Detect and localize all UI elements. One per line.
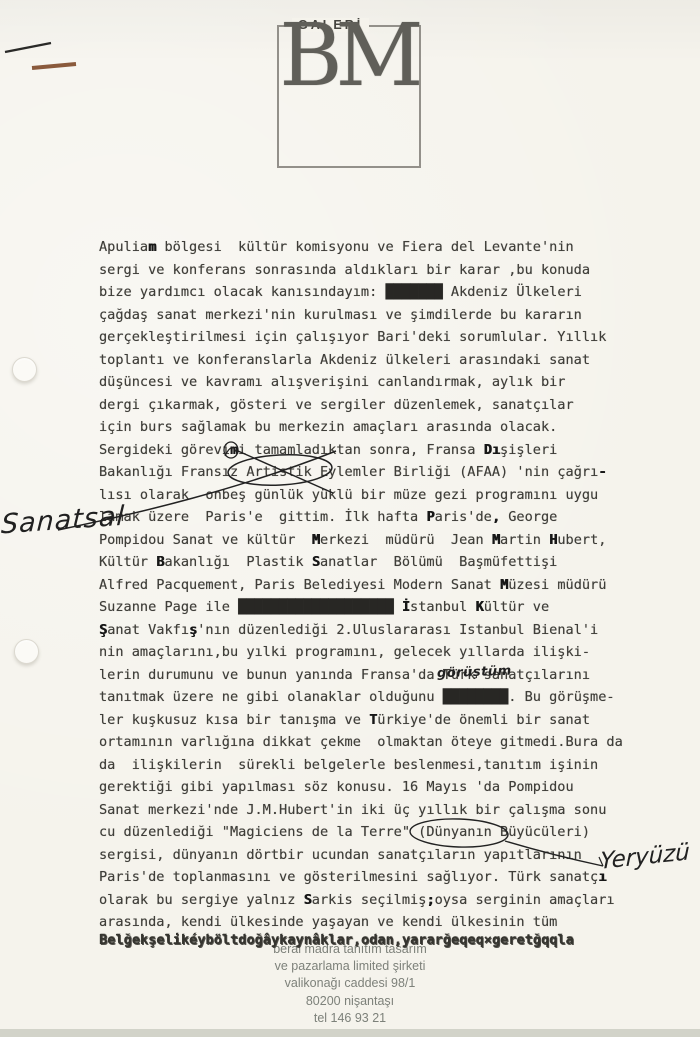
typed-line: Şanat Vakfış'nın düzenlediği 2.Uluslarar…: [99, 619, 623, 642]
typed-text: lerin durumunu ve bunun yanında Fransa'd…: [99, 667, 590, 683]
typed-text: bölgesi kültür komisyonu ve Fiera del Le…: [156, 239, 573, 255]
typed-line: sergi ve konferans sonrasında aldıkları …: [99, 259, 623, 282]
typed-text: George: [500, 509, 557, 525]
typed-line: Pompidou Sanat ve kültür Merkezi müdürü …: [99, 529, 623, 552]
typed-text: Suzanne Page ile: [99, 599, 238, 615]
typed-line: Apuliam bölgesi kültür komisyonu ve Fier…: [99, 236, 623, 259]
typed-text: Bakanlığı Fransız: [99, 464, 246, 480]
overstruck-text: M: [500, 577, 508, 593]
typed-text: artin: [500, 532, 549, 548]
typed-text: düşüncesi ve kavramı alışverişini canlan…: [99, 374, 566, 390]
typed-line: lerin durumunu ve bunun yanında Fransa'd…: [99, 664, 623, 687]
struck-out-text: ███████████████████: [238, 599, 394, 615]
typed-text: anatlar Bölümü Başmüfettişi: [320, 554, 557, 570]
overtyped-line: Belğekşelikéyböltdoğâykaynâklar,odan,yar…: [99, 932, 574, 948]
typed-text: [394, 599, 402, 615]
typed-text: ürkiye'de önemli bir sanat: [377, 712, 590, 728]
typed-text: lamak üzere Paris'e gittim. İlk hafta: [99, 509, 426, 525]
typed-text: Kültür: [99, 554, 156, 570]
typed-line: Kültür Bakanlığı Plastik Sanatlar Bölümü…: [99, 551, 623, 574]
overstruck-text: K: [476, 599, 484, 615]
typed-text: üzesi müdürü: [508, 577, 606, 593]
typed-text: Sergideki görevi: [99, 442, 230, 458]
typed-text: i tamamladıktan sonra, Fransa: [238, 442, 484, 458]
typed-text: ortamının varlığına dikkat çekme olmakta…: [99, 734, 623, 750]
overstruck-text: Ş: [99, 622, 107, 638]
footer-line: 80200 nişantaşı: [0, 993, 700, 1010]
punch-hole: [14, 639, 39, 664]
typed-line: gerçekleştirilmesi için çalışıyor Bari'd…: [99, 326, 623, 349]
typed-line: nin amaçlarını,bu yılki programını, gele…: [99, 641, 623, 664]
typed-line: için burs sağlamak bu merkezin amaçları …: [99, 416, 623, 439]
typed-text: akanlığı Plastik: [164, 554, 311, 570]
struck-out-text: ███████: [385, 284, 442, 300]
typed-text: için burs sağlamak bu merkezin amaçları …: [99, 419, 557, 435]
typed-line: lısı olarak onbeş günlük yüklü bir müze …: [99, 484, 623, 507]
typed-line: çağdaş sanat merkezi'nin kurulması ve şi…: [99, 304, 623, 327]
typed-text: Alfred Pacquement, Paris Belediyesi Mode…: [99, 577, 500, 593]
typed-line: olarak bu sergiye yalnız Sarkis seçilmiş…: [99, 889, 623, 912]
typed-line: dergi çıkarmak, gösteri ve sergiler düze…: [99, 394, 623, 417]
overstruck-text: M: [492, 532, 500, 548]
typed-text: oysa serginin amaçları: [435, 892, 615, 908]
typed-line: sergisi, dünyanın dörtbir ucundan sanatç…: [99, 844, 623, 867]
typed-text: dergi çıkarmak, gösteri ve sergiler düze…: [99, 397, 574, 413]
typed-text: aris'de: [435, 509, 492, 525]
typed-text: erkezi müdürü Jean: [320, 532, 492, 548]
typed-text: Artistik: [246, 464, 311, 480]
typed-text: bize yardımcı olacak kanısındayım:: [99, 284, 385, 300]
typed-text: Eylemler Birliği (AFAA) 'nin çağrı: [312, 464, 598, 480]
logo-monogram: BM: [279, 11, 417, 101]
typed-line: Suzanne Page ile ███████████████████ İst…: [99, 596, 623, 619]
typed-line: toplantı ve konferanslarla Akdeniz ülkel…: [99, 349, 623, 372]
typed-text: Akdeniz Ülkeleri: [443, 284, 582, 300]
typed-line: da ilişkilerin sürekli belgelerle beslen…: [99, 754, 623, 777]
rust-mark: [32, 64, 76, 68]
scan-bottom-edge: [0, 1029, 700, 1037]
typed-text: gerçekleştirilmesi için çalışıyor Bari'd…: [99, 329, 606, 345]
typed-line: Bakanlığı Fransız Artistik Eylemler Birl…: [99, 461, 623, 484]
footer-line: ve pazarlama limited şirketi: [0, 958, 700, 975]
overstruck-text: m: [230, 442, 238, 458]
typed-line: gerektiği gibi yapılması söz konusu. 16 …: [99, 776, 623, 799]
typed-text: ubert,: [557, 532, 606, 548]
overstruck-text: ,: [492, 509, 500, 525]
overstruck-text: S: [304, 892, 312, 908]
typed-line: bize yardımcı olacak kanısındayım: █████…: [99, 281, 623, 304]
typed-text: sergisi, dünyanın dörtbir ucundan sanatç…: [99, 847, 582, 863]
punch-hole: [12, 357, 37, 382]
overstruck-text: P: [426, 509, 434, 525]
typed-line: tanıtmak üzere ne gibi olanaklar olduğun…: [99, 686, 623, 709]
typed-text: ültür ve: [484, 599, 549, 615]
handwritten-correction-gorustum: görüştüm: [437, 664, 512, 682]
typed-text: sergi ve konferans sonrasında aldıkları …: [99, 262, 590, 278]
typed-line: Paris'de toplanmasını ve gösterilmesini …: [99, 866, 623, 889]
typed-line: düşüncesi ve kavramı alışverişini canlan…: [99, 371, 623, 394]
typed-text: cu düzenlediği "Magiciens de la Terre" (…: [99, 824, 590, 840]
scanned-letter-page: GALERİ BM Apuliam bölgesi kültür komisyo…: [0, 0, 700, 1037]
footer-letterhead: beral madra tanıtım tasarımve pazarlama …: [0, 941, 700, 1027]
typed-line: ler kuşkusuz kısa bir tanışma ve Türkiye…: [99, 709, 623, 732]
typed-line: ortamının varlığına dikkat çekme olmakta…: [99, 731, 623, 754]
typed-text: arasında, kendi ülkesinde yaşayan ve ken…: [99, 914, 557, 930]
typed-text: stanbul: [410, 599, 475, 615]
typed-text: olarak bu sergiye yalnız: [99, 892, 304, 908]
typed-text: Paris'de toplanmasını ve gösterilmesini …: [99, 869, 598, 885]
typed-text: lısı olarak onbeş günlük yüklü bir müze …: [99, 487, 598, 503]
typed-text: çağdaş sanat merkezi'nin kurulması ve şi…: [99, 307, 582, 323]
struck-out-text: ████████: [443, 689, 508, 705]
overstruck-text: M: [312, 532, 320, 548]
typed-text: ler kuşkusuz kısa bir tanışma ve: [99, 712, 369, 728]
typed-text: da ilişkilerin sürekli belgelerle beslen…: [99, 757, 598, 773]
footer-line: valikonağı caddesi 98/1: [0, 975, 700, 992]
typed-text: Sanat merkezi'nde J.M.Hubert'in iki üç y…: [99, 802, 606, 818]
typed-text: nin amaçlarını,bu yılki programını, gele…: [99, 644, 590, 660]
typed-text: 'nın düzenlediği 2.Uluslararası Istanbul…: [197, 622, 598, 638]
typed-line: lamak üzere Paris'e gittim. İlk hafta Pa…: [99, 506, 623, 529]
typed-line: Sergideki görevimi tamamladıktan sonra, …: [99, 439, 623, 462]
overstruck-text: ;: [426, 892, 434, 908]
footer-line: tel 146 93 21: [0, 1010, 700, 1027]
logo-box: GALERİ BM: [277, 25, 421, 168]
typed-line: cu düzenlediği "Magiciens de la Terre" (…: [99, 821, 623, 844]
overstruck-text: İ: [402, 599, 410, 615]
pen-mark: [5, 43, 51, 52]
typed-text: . Bu görüşme-: [508, 689, 614, 705]
typed-text: toplantı ve konferanslarla Akdeniz ülkel…: [99, 352, 590, 368]
typed-line: Alfred Pacquement, Paris Belediyesi Mode…: [99, 574, 623, 597]
typed-text: Apulia: [99, 239, 148, 255]
typewritten-body: Apuliam bölgesi kültür komisyonu ve Fier…: [99, 236, 623, 934]
typed-text: şişleri: [500, 442, 557, 458]
typed-line: Sanat merkezi'nde J.M.Hubert'in iki üç y…: [99, 799, 623, 822]
typed-text: tanıtmak üzere ne gibi olanaklar olduğun…: [99, 689, 443, 705]
overstruck-text: S: [312, 554, 320, 570]
overstruck-text: Dı: [484, 442, 500, 458]
typed-text: Pompidou Sanat ve kültür: [99, 532, 312, 548]
overstruck-text: -: [598, 464, 606, 480]
typed-line: arasında, kendi ülkesinde yaşayan ve ken…: [99, 911, 623, 934]
overstruck-text: ş: [189, 622, 197, 638]
typed-text: gerektiği gibi yapılması söz konusu. 16 …: [99, 779, 574, 795]
typed-text: anat Vakfı: [107, 622, 189, 638]
typed-text: arkis seçilmiş: [312, 892, 427, 908]
